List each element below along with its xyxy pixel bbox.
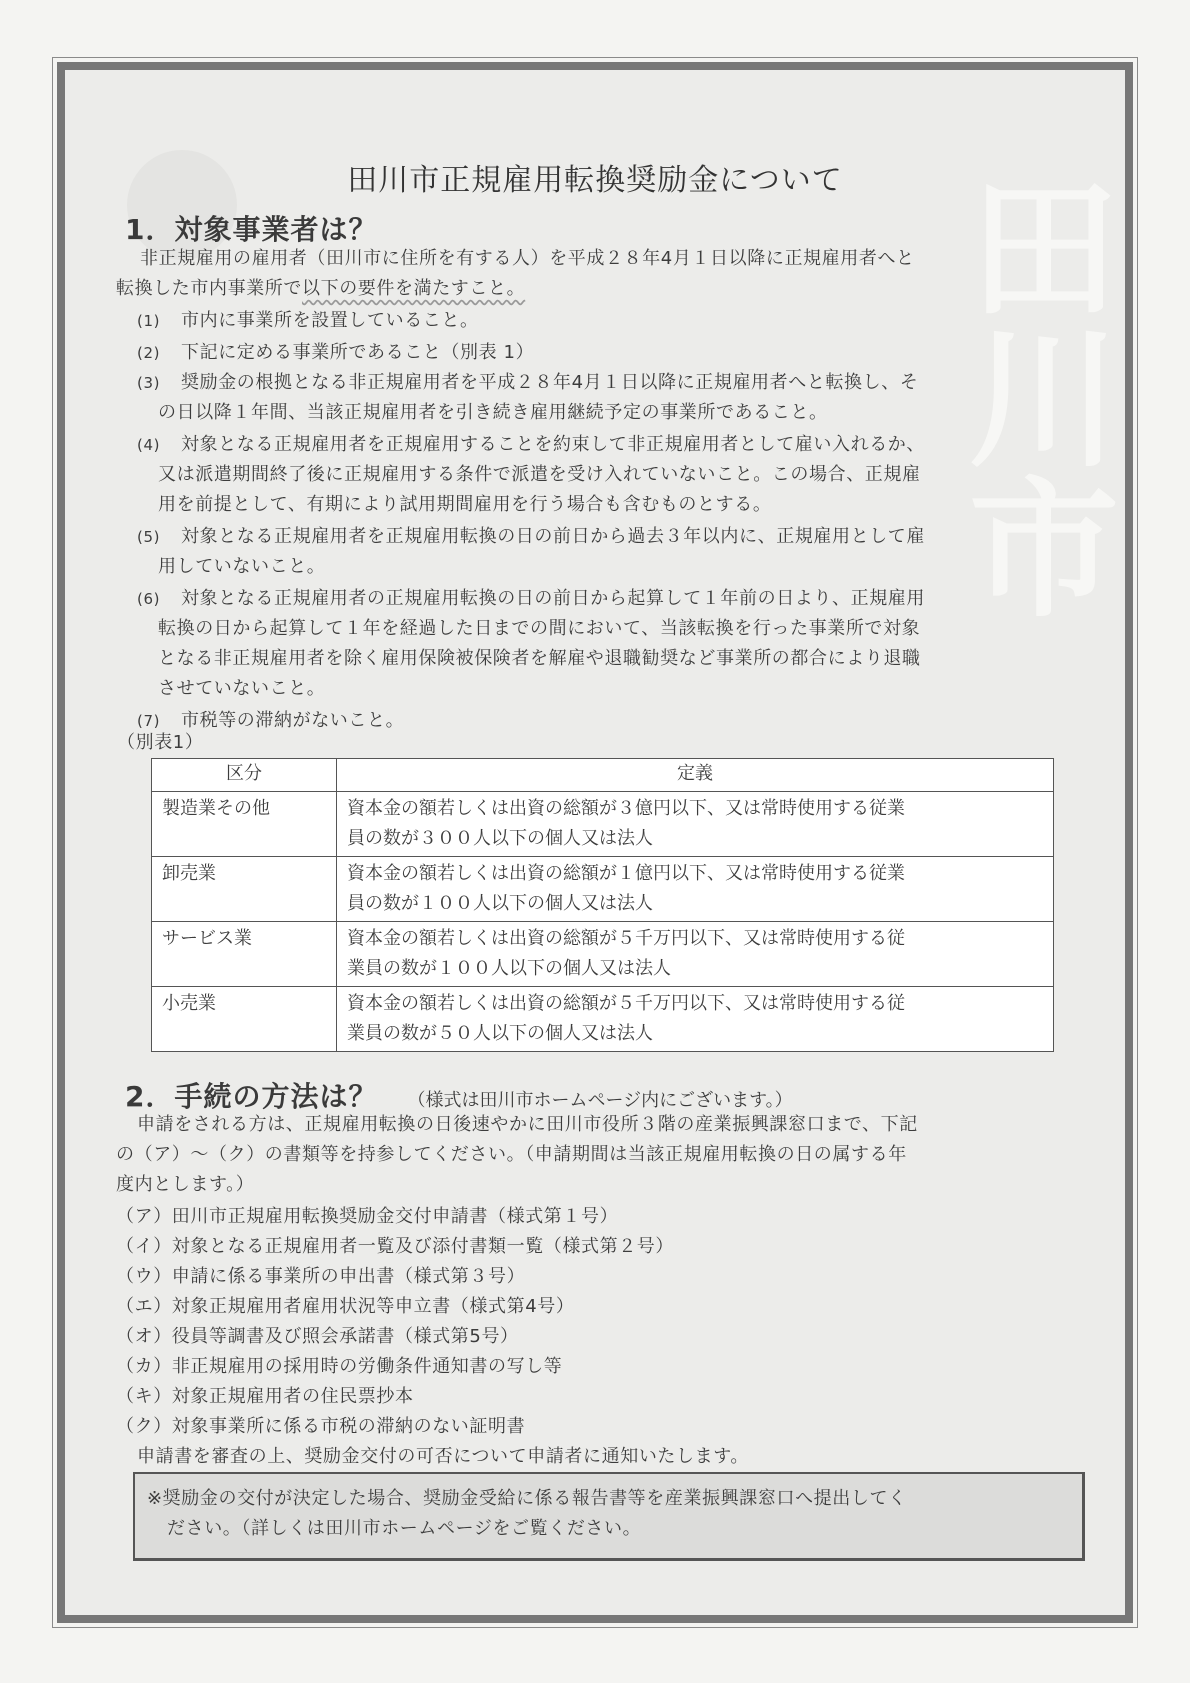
definition-line: 業員の数が５０人以下の個人又は法人 — [347, 1019, 1043, 1049]
table-row: サービス業 資本金の額若しくは出資の総額が５千万円以下、又は常時使用する従業員の… — [152, 922, 1054, 987]
watermark-decoration: 田川市 — [955, 170, 1105, 620]
requirement-1: (1)市内に事業所を設置していること。 — [137, 306, 479, 336]
definition-line: 資本金の額若しくは出資の総額が５千万円以下、又は常時使用する従 — [347, 989, 1043, 1019]
document-item-ka: （カ）非正規雇用の採用時の労働条件通知書の写し等 — [116, 1352, 562, 1382]
category-cell: 小売業 — [152, 987, 337, 1052]
category-cell: 卸売業 — [152, 857, 337, 922]
definition-line: 員の数が３００人以下の個人又は法人 — [347, 824, 1043, 854]
requirement-text: 対象となる正規雇用者の正規雇用転換の日の前日から起算して１年前の日より、正規雇用 — [181, 588, 925, 609]
requirement-text: 対象となる正規雇用者を正規雇用転換の日の前日から過去３年以内に、正規雇用として雇 — [181, 526, 925, 547]
requirement-number: (2) — [137, 338, 181, 368]
requirement-6-cont3: させていないこと。 — [158, 674, 325, 704]
definition-line: 資本金の額若しくは出資の総額が３億円以下、又は常時使用する従業 — [347, 794, 1043, 824]
requirement-number: (4) — [137, 430, 181, 460]
note-line2: ださい。（詳しくは田川市ホームページをご覧ください。 — [147, 1514, 1082, 1544]
definition-cell: 資本金の額若しくは出資の総額が１億円以下、又は常時使用する従業員の数が１００人以… — [337, 857, 1054, 922]
note-line1: ※奨励金の交付が決定した場合、奨励金受給に係る報告書等を産業振興課窓口へ提出して… — [147, 1484, 1082, 1514]
requirement-6-cont2: となる非正規雇用者を除く雇用保険被保険者を解雇や退職勧奨など事業所の都合により退… — [158, 644, 921, 674]
section2-heading-note: （様式は田川市ホームページ内にございます。） — [407, 1090, 792, 1111]
requirement-2: (2)下記に定める事業所であること（別表 1） — [137, 338, 534, 368]
intro-underlined: 以下の要件を満たすこと。 — [302, 278, 525, 299]
requirement-text: 対象となる正規雇用者を正規雇用することを約束して非正規雇用者として雇い入れるか、 — [181, 434, 925, 455]
section2-intro-line2: の（ア）～（ク）の書類等を持参してください。（申請期間は当該正規雇用転換の日の属… — [116, 1140, 907, 1170]
report-submission-note: ※奨励金の交付が決定した場合、奨励金受給に係る報告書等を産業振興課窓口へ提出して… — [133, 1472, 1085, 1561]
requirement-text: 下記に定める事業所であること（別表 1） — [181, 342, 534, 363]
document-item-e: （エ）対象正規雇用者雇用状況等申立書（様式第4号） — [116, 1292, 574, 1322]
requirement-4: (4)対象となる正規雇用者を正規雇用することを約束して非正規雇用者として雇い入れ… — [137, 430, 925, 460]
table-row: 卸売業 資本金の額若しくは出資の総額が１億円以下、又は常時使用する従業員の数が１… — [152, 857, 1054, 922]
requirement-number: (1) — [137, 306, 181, 336]
section2-closing: 申請書を審査の上、奨励金交付の可否について申請者に通知いたします。 — [137, 1442, 749, 1472]
requirement-text: 奨励金の根拠となる非正規雇用者を平成２８年4月１日以降に正規雇用者へと転換し、そ — [181, 372, 918, 393]
section2-intro-line1: 申請をされる方は、正規雇用転換の日後速やかに田川市役所３階の産業振興課窓口まで、… — [137, 1110, 918, 1140]
section2-heading-text: 2．手続の方法は？ — [125, 1080, 377, 1113]
document-item-o: （オ）役員等調書及び照会承諾書（様式第5号） — [116, 1322, 519, 1352]
requirement-6: (6)対象となる正規雇用者の正規雇用転換の日の前日から起算して１年前の日より、正… — [137, 584, 925, 614]
business-size-table: 区分 定義 製造業その他 資本金の額若しくは出資の総額が３億円以下、又は常時使用… — [151, 758, 1054, 1052]
section1-intro-line1: 非正規雇用の雇用者（田川市に住所を有する人）を平成２８年4月１日以降に正規雇用者… — [140, 244, 915, 274]
table-row: 製造業その他 資本金の額若しくは出資の総額が３億円以下、又は常時使用する従業員の… — [152, 792, 1054, 857]
requirement-number: (5) — [137, 522, 181, 552]
document-frame: 田川市 田川市正規雇用転換奨励金について 1．対象事業者は？ 非正規雇用の雇用者… — [57, 62, 1133, 1623]
requirement-6-cont1: 転換の日から起算して１年を経過した日までの間において、当該転換を行った事業所で対… — [158, 614, 920, 644]
category-cell: サービス業 — [152, 922, 337, 987]
requirement-5-cont: 用していないこと。 — [158, 552, 325, 582]
document-item-ki: （キ）対象正規雇用者の住民票抄本 — [116, 1382, 414, 1412]
requirement-4-cont1: 又は派遣期間終了後に正規雇用する条件で派遣を受け入れていないこと。この場合、正規… — [158, 460, 921, 490]
requirement-3-cont: の日以降１年間、当該正規雇用者を引き続き雇用継続予定の事業所であること。 — [158, 398, 828, 428]
intro-prefix: 転換した市内事業所で — [116, 278, 302, 299]
document-item-ku: （ク）対象事業所に係る市税の滞納のない証明書 — [116, 1412, 525, 1442]
definition-cell: 資本金の額若しくは出資の総額が５千万円以下、又は常時使用する従業員の数が５０人以… — [337, 987, 1054, 1052]
table-caption: （別表1） — [117, 728, 203, 758]
document-item-i: （イ）対象となる正規雇用者一覧及び添付書類一覧（様式第２号） — [116, 1232, 674, 1262]
requirement-4-cont2: 用を前提として、有期により試用期間雇用を行う場合も含むものとする。 — [158, 490, 771, 520]
section1-heading: 1．対象事業者は？ — [125, 208, 377, 248]
document-item-u: （ウ）申請に係る事業所の申出書（様式第３号） — [116, 1262, 525, 1292]
section1-intro-line2: 転換した市内事業所で以下の要件を満たすこと。 — [116, 274, 525, 304]
requirement-5: (5)対象となる正規雇用者を正規雇用転換の日の前日から過去３年以内に、正規雇用と… — [137, 522, 925, 552]
requirement-text: 市内に事業所を設置していること。 — [181, 310, 479, 331]
column-header-definition: 定義 — [337, 759, 1054, 792]
definition-cell: 資本金の額若しくは出資の総額が５千万円以下、又は常時使用する従業員の数が１００人… — [337, 922, 1054, 987]
definition-cell: 資本金の額若しくは出資の総額が３億円以下、又は常時使用する従業員の数が３００人以… — [337, 792, 1054, 857]
table-header-row: 区分 定義 — [152, 759, 1054, 792]
definition-line: 資本金の額若しくは出資の総額が５千万円以下、又は常時使用する従 — [347, 924, 1043, 954]
requirement-number: (6) — [137, 584, 181, 614]
definition-line: 資本金の額若しくは出資の総額が１億円以下、又は常時使用する従業 — [347, 859, 1043, 889]
document-item-a: （ア）田川市正規雇用転換奨励金交付申請書（様式第１号） — [116, 1202, 618, 1232]
requirement-text: 市税等の滞納がないこと。 — [181, 710, 404, 731]
column-header-category: 区分 — [152, 759, 337, 792]
section2-intro-line3: 度内とします。） — [116, 1170, 254, 1200]
table-row: 小売業 資本金の額若しくは出資の総額が５千万円以下、又は常時使用する従業員の数が… — [152, 987, 1054, 1052]
requirement-3: (3)奨励金の根拠となる非正規雇用者を平成２８年4月１日以降に正規雇用者へと転換… — [137, 368, 918, 398]
category-cell: 製造業その他 — [152, 792, 337, 857]
definition-line: 員の数が１００人以下の個人又は法人 — [347, 889, 1043, 919]
definition-line: 業員の数が１００人以下の個人又は法人 — [347, 954, 1043, 984]
section2-heading: 2．手続の方法は？（様式は田川市ホームページ内にございます。） — [125, 1075, 793, 1115]
requirement-number: (3) — [137, 368, 181, 398]
page-title: 田川市正規雇用転換奨励金について — [65, 155, 1125, 199]
